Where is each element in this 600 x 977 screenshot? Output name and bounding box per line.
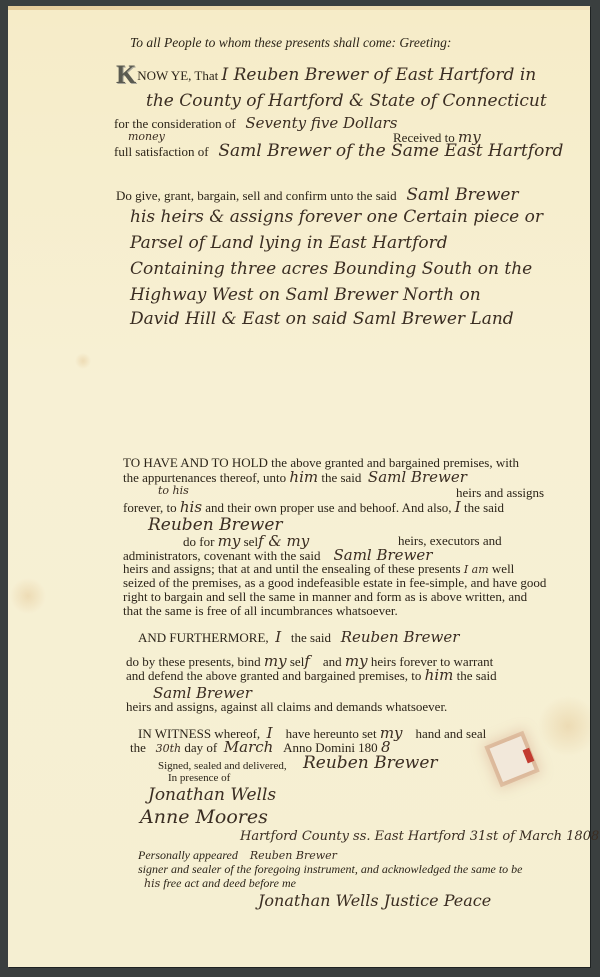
acknowledgment-line-3: his free act and deed before me [144,876,296,891]
furthermore-line-5: heirs and assigns, against all claims an… [126,700,447,714]
description-line-3: Containing three acres Bounding South on… [130,262,532,276]
furthermore-l2-b: sel [290,654,304,669]
personally-appeared: Personally appeared [138,848,238,862]
witness-l2-the: the [130,740,146,755]
drop-cap: K [116,60,136,89]
witness-l2-day: 30th [156,742,182,755]
witness-line-1: IN WITNESS whereof, I have hereunto set … [138,726,486,741]
habendum-l4-i: I [455,498,461,516]
grantor-hand-2: the County of Hartford & State of Connec… [146,94,547,108]
satisfaction-label: full satisfaction of [114,144,209,159]
conveyance-print: Do give, grant, bargain, sell and confir… [116,188,397,203]
furthermore-l1-i: I [275,628,281,646]
furthermore-l2-c: and [323,654,342,669]
witness-l2-dayof: day of [184,740,217,755]
habendum-l2-name: Saml Brewer [368,468,467,486]
know-ye-text: NOW YE, That [137,68,218,83]
know-ye-line: KNOW YE, That I Reuben Brewer of East Ha… [116,68,536,83]
habendum-l4-a: forever, to [123,500,177,515]
habendum-l8-b: well [492,561,514,576]
satisfaction-line: full satisfaction of Saml Brewer of the … [114,144,563,159]
description-line-4: Highway West on Saml Brewer North on [130,288,481,302]
habendum-l2-b: the said [321,470,361,485]
habendum-l4-c: the said [464,500,504,515]
habendum-l4-b: and their own proper use and behoof. And… [205,500,451,515]
wax-seal [489,736,534,782]
habendum-line-6: do for my self & my [183,534,309,549]
greeting-text: To all People to whom these presents sha… [130,35,451,50]
grantor-hand-1: I Reuben Brewer of East Hartford in [221,65,536,85]
money-hand: money [128,130,165,144]
acknowledgment-line-1: Personally appeared Reuben Brewer [138,848,337,863]
witness-l1-b: have hereunto set [286,726,377,741]
furthermore-l3-b: the said [457,668,497,683]
habendum-line-11: that the same is free of all incumbrance… [123,604,398,618]
habendum-line-4: forever, to his and their own proper use… [123,500,504,515]
furthermore-l3-a: and defend the above granted and bargain… [126,668,421,683]
habendum-l3-hand: to his [158,484,189,498]
acknowledgment-venue: Hartford County ss. East Hartford 31st o… [240,830,599,844]
habendum-line-2: the appurtenances thereof, unto him the … [123,470,467,485]
consideration-line: for the consideration of Seventy five Do… [114,116,397,131]
habendum-l8-a: heirs and assigns; that at and until the… [123,561,461,576]
witness-1-signature: Jonathan Wells [148,788,276,802]
grantee-hand: Saml Brewer [406,185,518,205]
deed-paper: To all People to whom these presents sha… [8,6,590,967]
habendum-l6-b: sel [244,534,258,549]
witness-l1-c: hand and seal [416,726,487,741]
furthermore-l1-b: the said [291,630,331,645]
furthermore-l3-him: him [425,666,454,684]
description-line-2: Parsel of Land lying in East Hartford [130,236,448,250]
habendum-l4-his: his [180,498,202,516]
acknowledgment-line-2: signer and sealer of the foregoing instr… [138,862,523,876]
consideration-label: for the consideration of [114,116,236,131]
habendum-l6-a: do for [183,534,214,549]
habendum-l2-him: him [289,468,318,486]
free-act-text: free act and deed before me [163,876,296,890]
habendum-l3-print: heirs and assigns [456,486,544,500]
furthermore-l4-hand: Saml Brewer [153,686,252,700]
furthermore-l1-name: Reuben Brewer [341,628,460,646]
conveyance-line: Do give, grant, bargain, sell and confir… [116,188,519,203]
appeared-hand: Reuben Brewer [250,849,337,862]
habendum-line-9: seized of the premises, as a good indefe… [123,576,546,590]
furthermore-l2-a: do by these presents, bind [126,654,261,669]
furthermore-line-3: and defend the above granted and bargain… [126,668,497,683]
witness-l2-month: March [224,738,274,756]
witness-2-signature: Anne Moores [140,810,268,824]
justice-signature: Jonathan Wells Justice Peace [258,894,491,908]
habendum-l5-hand: Reuben Brewer [148,518,283,532]
description-line-5: David Hill & East on said Saml Brewer La… [130,312,514,326]
habendum-line-10: right to bargain and sell the same in ma… [123,590,527,604]
signed-label-2: In presence of [168,772,230,784]
description-line-1: his heirs & assigns forever one Certain … [130,210,543,224]
grantor-signature: Reuben Brewer [303,756,438,770]
consideration-hand: Seventy five Dollars [245,114,397,132]
greeting-header: To all People to whom these presents sha… [130,36,451,50]
furthermore-line-1: AND FURTHERMORE, I the said Reuben Brewe… [138,630,459,645]
furthermore-l1-a: AND FURTHERMORE, [138,630,269,645]
signed-label-1: Signed, sealed and delivered, [158,760,287,772]
his-hand: his [144,877,160,890]
satisfaction-hand: Saml Brewer of the Same East Hartford [218,141,563,161]
habendum-l2-a: the appurtenances thereof, unto [123,470,286,485]
